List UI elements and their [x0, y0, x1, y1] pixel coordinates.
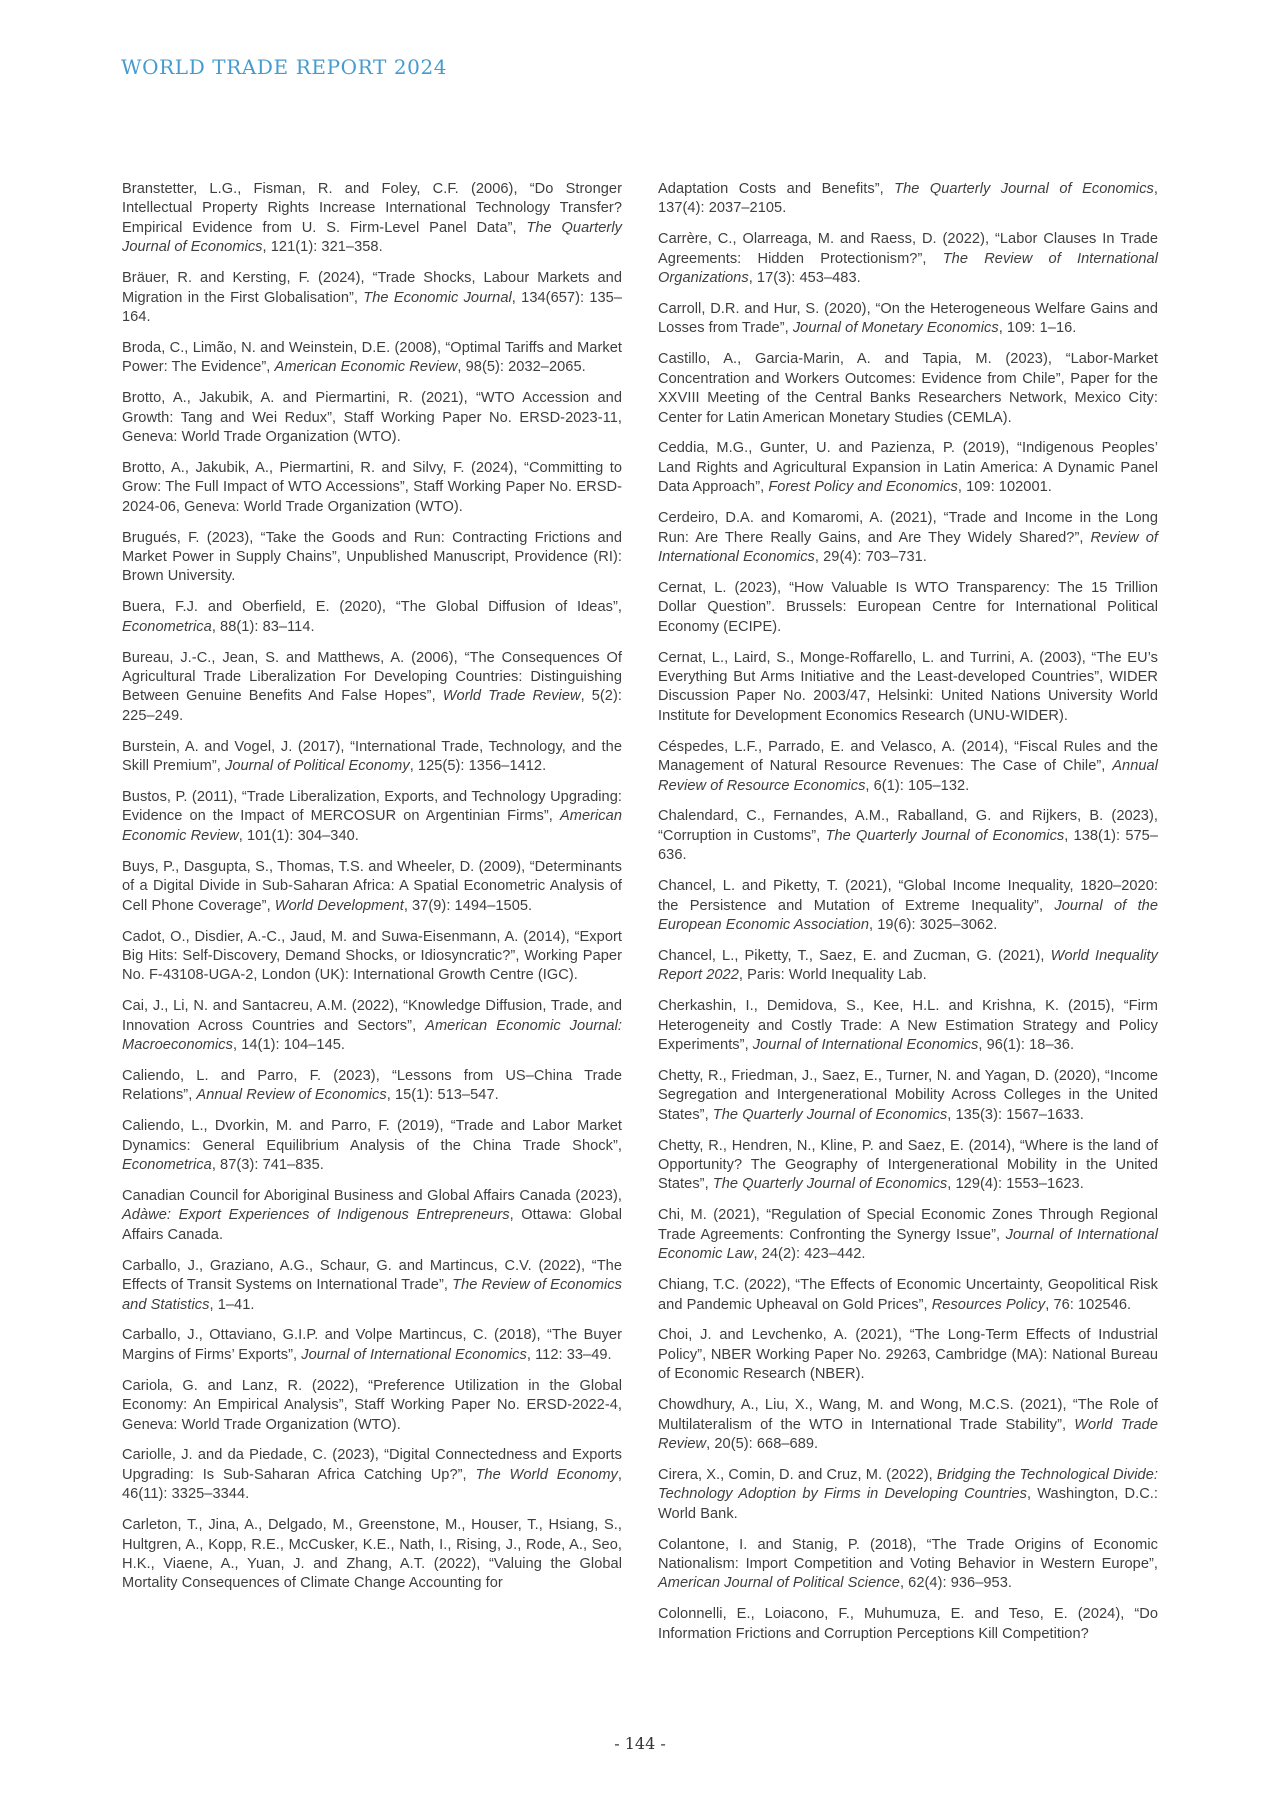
- reference-item: Ceddia, M.G., Gunter, U. and Pazienza, P…: [658, 439, 1158, 497]
- reference-item: Chancel, L., Piketty, T., Saez, E. and Z…: [658, 947, 1158, 986]
- report-header: WORLD TRADE REPORT 2024: [121, 55, 447, 79]
- reference-item: Choi, J. and Levchenko, A. (2021), “The …: [658, 1326, 1158, 1384]
- reference-item: Carleton, T., Jina, A., Delgado, M., Gre…: [122, 1516, 622, 1594]
- reference-item: Cerdeiro, D.A. and Komaromi, A. (2021), …: [658, 509, 1158, 567]
- reference-item: Canadian Council for Aboriginal Business…: [122, 1187, 622, 1245]
- reference-item: Chetty, R., Friedman, J., Saez, E., Turn…: [658, 1067, 1158, 1125]
- reference-item: Cadot, O., Disdier, A.-C., Jaud, M. and …: [122, 928, 622, 986]
- reference-item: Adaptation Costs and Benefits”, The Quar…: [658, 180, 1158, 219]
- reference-item: Bustos, P. (2011), “Trade Liberalization…: [122, 788, 622, 846]
- reference-item: Cirera, X., Comin, D. and Cruz, M. (2022…: [658, 1466, 1158, 1524]
- reference-item: Cariola, G. and Lanz, R. (2022), “Prefer…: [122, 1377, 622, 1435]
- page-footer: - 144 -: [0, 1734, 1280, 1753]
- reference-item: Chancel, L. and Piketty, T. (2021), “Glo…: [658, 877, 1158, 935]
- reference-item: Colonnelli, E., Loiacono, F., Muhumuza, …: [658, 1605, 1158, 1644]
- reference-item: Caliendo, L., Dvorkin, M. and Parro, F. …: [122, 1117, 622, 1175]
- page-number: - 144 -: [614, 1734, 666, 1753]
- reference-item: Chetty, R., Hendren, N., Kline, P. and S…: [658, 1137, 1158, 1195]
- reference-item: Cai, J., Li, N. and Santacreu, A.M. (202…: [122, 997, 622, 1055]
- reference-item: Brugués, F. (2023), “Take the Goods and …: [122, 529, 622, 587]
- reference-item: Burstein, A. and Vogel, J. (2017), “Inte…: [122, 738, 622, 777]
- reference-item: Cherkashin, I., Demidova, S., Kee, H.L. …: [658, 997, 1158, 1055]
- reference-item: Bureau, J.-C., Jean, S. and Matthews, A.…: [122, 649, 622, 727]
- reference-item: Brotto, A., Jakubik, A., Piermartini, R.…: [122, 459, 622, 517]
- reference-item: Branstetter, L.G., Fisman, R. and Foley,…: [122, 180, 622, 258]
- references-left-column: Branstetter, L.G., Fisman, R. and Foley,…: [122, 180, 622, 1656]
- reference-item: Céspedes, L.F., Parrado, E. and Velasco,…: [658, 738, 1158, 796]
- reference-item: Broda, C., Limão, N. and Weinstein, D.E.…: [122, 339, 622, 378]
- reference-item: Colantone, I. and Stanig, P. (2018), “Th…: [658, 1536, 1158, 1594]
- report-page: WORLD TRADE REPORT 2024 Branstetter, L.G…: [0, 0, 1280, 1809]
- reference-item: Caliendo, L. and Parro, F. (2023), “Less…: [122, 1067, 622, 1106]
- reference-item: Chiang, T.C. (2022), “The Effects of Eco…: [658, 1276, 1158, 1315]
- reference-item: Carballo, J., Graziano, A.G., Schaur, G.…: [122, 1257, 622, 1315]
- reference-item: Cariolle, J. and da Piedade, C. (2023), …: [122, 1446, 622, 1504]
- reference-item: Bräuer, R. and Kersting, F. (2024), “Tra…: [122, 269, 622, 327]
- reference-item: Cernat, L. (2023), “How Valuable Is WTO …: [658, 579, 1158, 637]
- reference-item: Chi, M. (2021), “Regulation of Special E…: [658, 1206, 1158, 1264]
- reference-item: Cernat, L., Laird, S., Monge-Roffarello,…: [658, 649, 1158, 727]
- report-title: WORLD TRADE REPORT 2024: [121, 55, 447, 79]
- reference-item: Carrère, C., Olarreaga, M. and Raess, D.…: [658, 230, 1158, 288]
- reference-item: Brotto, A., Jakubik, A. and Piermartini,…: [122, 389, 622, 447]
- references-columns: Branstetter, L.G., Fisman, R. and Foley,…: [122, 180, 1158, 1656]
- reference-item: Chowdhury, A., Liu, X., Wang, M. and Won…: [658, 1396, 1158, 1454]
- reference-item: Carballo, J., Ottaviano, G.I.P. and Volp…: [122, 1326, 622, 1365]
- reference-item: Buys, P., Dasgupta, S., Thomas, T.S. and…: [122, 858, 622, 916]
- reference-item: Carroll, D.R. and Hur, S. (2020), “On th…: [658, 300, 1158, 339]
- reference-item: Castillo, A., Garcia-Marin, A. and Tapia…: [658, 350, 1158, 428]
- reference-item: Chalendard, C., Fernandes, A.M., Raballa…: [658, 807, 1158, 865]
- reference-item: Buera, F.J. and Oberfield, E. (2020), “T…: [122, 598, 622, 637]
- references-right-column: Adaptation Costs and Benefits”, The Quar…: [658, 180, 1158, 1656]
